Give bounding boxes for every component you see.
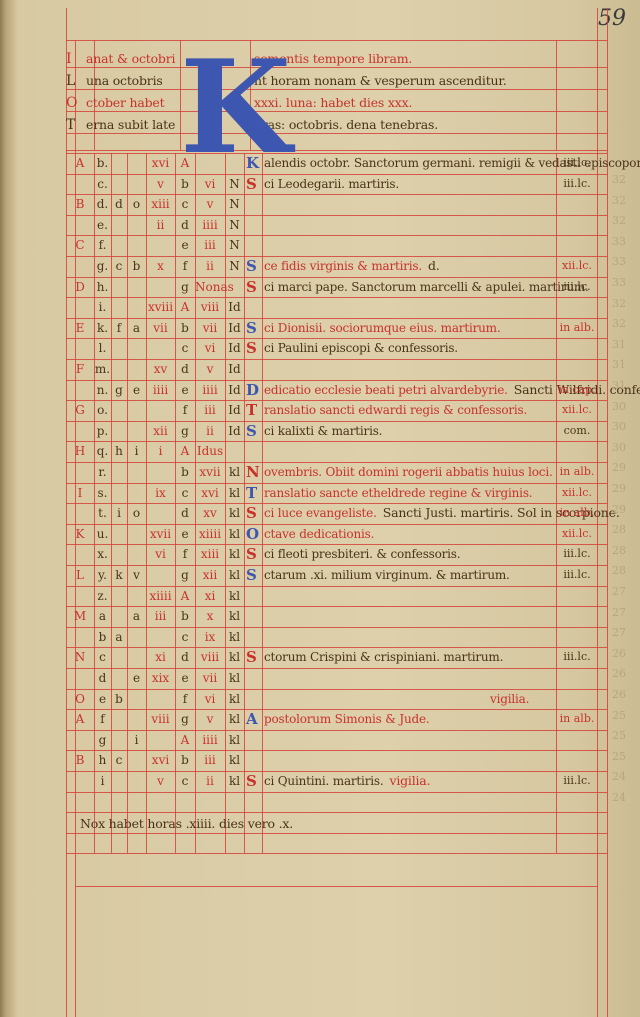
calendar-cell-c6: c [175,774,195,788]
calendar-cell-c5: xiiii [146,589,175,603]
calendar-cell-c7: iiii [195,383,225,397]
rubric-initial: S [246,773,257,789]
calendar-cell-c1: G [66,403,94,417]
showthrough-number: 31 [612,338,626,351]
manuscript-page: 59 Ianat & octobriLuna octobrisOctober h… [0,0,640,1017]
calendar-cell-c8: kl [225,712,244,726]
calendar-cell-c5: x [146,259,175,273]
calendar-cell-c8: kl [225,527,244,541]
showthrough-number: 29 [612,503,626,516]
calendar-cell-c8: kl [225,692,244,706]
ruling-line [66,338,607,339]
feast-entry: ci Dionisii. sociorumque eius. martirum. [264,321,500,335]
ruling-line [66,215,607,216]
calendar-cell-c8: Id [225,424,244,438]
calendar-cell-c1: A [66,156,94,170]
calendar-cell-c6: c [175,197,195,211]
office-grade: com. [557,424,597,438]
ruling-line [66,627,607,628]
calendar-cell-c4: o [127,506,146,520]
calendar-cell-c6: e [175,527,195,541]
ruling-line [556,40,557,150]
ruling-line [66,503,607,504]
ruling-line [66,730,607,731]
calendar-cell-c6: A [175,733,195,747]
calendar-cell-c5: ii [146,218,175,232]
calendar-cell-c2: o. [94,403,111,417]
ruling-line [94,153,95,853]
calendar-cell-c8: kl [225,753,244,767]
ruling-line [225,153,226,853]
calendar-cell-c8: kl [225,650,244,664]
calendar-cell-c3: h [111,444,127,458]
calendar-cell-c8: N [225,218,244,232]
heading-verse-left: anat & octobri [86,52,175,66]
calendar-cell-c5: iiii [146,383,175,397]
calendar-cell-c5: vi [146,547,175,561]
calendar-cell-c1: A [66,712,94,726]
office-grade: in alb. [557,465,597,479]
ruling-line [66,133,607,134]
feast-entry: ci Quintini. martiris.vigilia. [264,774,430,788]
calendar-cell-c7: xvii [195,465,225,479]
folio-number: 59 [598,6,626,31]
ruling-line [66,565,607,566]
calendar-cell-c7: xiiii [195,527,225,541]
calendar-cell-c2: l. [94,341,111,355]
calendar-cell-c8: kl [225,486,244,500]
calendar-cell-c5: ix [146,486,175,500]
feast-entry: ci Leodegarii. martiris. [264,177,399,191]
calendar-cell-c6: d [175,362,195,376]
showthrough-number: 31 [612,379,626,392]
ruling-line [66,586,607,587]
calendar-cell-c7: ii [195,259,225,273]
calendar-cell-c8: Id [225,403,244,417]
ruling-line [66,462,607,463]
rubric-initial: S [246,505,257,521]
calendar-cell-c1: F [66,362,94,376]
calendar-cell-c8: kl [225,671,244,685]
calendar-cell-c8: kl [225,630,244,644]
calendar-cell-c8: kl [225,465,244,479]
calendar-cell-c6: c [175,341,195,355]
calendar-cell-c4: i [127,733,146,747]
rubric-initial: T [246,402,257,418]
calendar-cell-c3: c [111,753,127,767]
calendar-cell-c6: d [175,650,195,664]
calendar-cell-c3: g [111,383,127,397]
showthrough-number: 28 [612,564,626,577]
calendar-cell-c7: xvi [195,486,225,500]
rubric-initial: A [246,711,258,727]
showthrough-number: 33 [612,255,626,268]
office-grade: xii.lc. [557,486,597,500]
calendar-cell-c3: f [111,321,127,335]
calendar-cell-c2: g. [94,259,111,273]
showthrough-number: 27 [612,585,626,598]
calendar-cell-c6: d [175,218,195,232]
calendar-cell-c6: e [175,383,195,397]
calendar-cell-c2: f [94,712,111,726]
calendar-cell-c2: e. [94,218,111,232]
calendar-cell-c8: Id [225,321,244,335]
calendar-cell-c2: m. [94,362,111,376]
calendar-cell-c7: v [195,197,225,211]
ruling-line [66,297,607,298]
office-grade: iii.lc. [557,280,597,294]
showthrough-number: 25 [612,709,626,722]
calendar-cell-c2: p. [94,424,111,438]
calendar-cell-c5: v [146,774,175,788]
office-grade: in alb. [557,506,597,520]
calendar-cell-c8: N [225,238,244,252]
calendar-cell-c2: t. [94,506,111,520]
ruling-line [66,67,607,68]
showthrough-number: 29 [612,482,626,495]
ruling-line [66,771,607,772]
calendar-cell-c3: k [111,568,127,582]
calendar-cell-c8: kl [225,733,244,747]
feast-extra: d. [428,258,440,273]
calendar-cell-c7: xiii [195,547,225,561]
showthrough-number: 30 [612,420,626,433]
calendar-cell-c6: A [175,589,195,603]
calendar-cell-c7: iii [195,403,225,417]
ruling-line [66,235,607,236]
calendar-cell-c6: b [175,465,195,479]
rubric-initial: S [246,258,257,274]
ruling-line [66,256,607,257]
calendar-cell-c2: h [94,753,111,767]
calendar-cell-c2: k. [94,321,111,335]
calendar-cell-c1: L [66,568,94,582]
rubric-initial: N [246,464,260,480]
calendar-cell-c1: D [66,280,94,294]
calendar-cell-c8: N [225,177,244,191]
ruling-line [66,111,607,112]
ruling-line [66,853,607,854]
calendar-cell-c7: iiii [195,218,225,232]
calendar-cell-c7: xii [195,568,225,582]
ruling-line [66,400,607,401]
calendar-cell-c5: iii [146,609,175,623]
showthrough-number: 28 [612,523,626,536]
calendar-cell-c6: b [175,177,195,191]
feast-entry: ovembris. Obiit domini rogerii abbatis h… [264,465,553,479]
calendar-cell-c7: viii [195,650,225,664]
calendar-cell-c8: N [225,197,244,211]
calendar-cell-c6: g [175,424,195,438]
calendar-cell-c1: E [66,321,94,335]
calendar-cell-c2: b. [94,156,111,170]
feast-entry: ci kalixti & martiris. [264,424,382,438]
rubric-initial: S [246,176,257,192]
showthrough-number: 32 [612,194,626,207]
calendar-cell-c6: c [175,486,195,500]
office-grade: xii.lc. [557,403,597,417]
calendar-cell-c7: iiii [195,733,225,747]
calendar-cell-c1: B [66,753,94,767]
ruling-line [195,153,196,853]
heading-verse-left: ctober habet [86,96,164,110]
ruling-line [66,792,607,793]
showthrough-number: 25 [612,729,626,742]
rubric-initial: S [246,649,257,665]
calendar-cell-c1: M [66,609,94,623]
heading-initial: T [66,118,75,132]
calendar-cell-c5: i [146,444,175,458]
footer-line: Nox habet horas .xiiii. dies vero .x. [80,817,293,831]
heading-verse-left: erna subit late [86,118,175,132]
calendar-cell-c6: f [175,547,195,561]
office-grade: iii.lc. [557,568,597,582]
ruling-line [66,524,607,525]
heading-initial: L [66,74,75,88]
showthrough-number: 24 [612,791,626,804]
calendar-cell-c2: c. [94,177,111,191]
calendar-cell-c6: d [175,506,195,520]
calendar-cell-c6: g [175,568,195,582]
calendar-cell-c5: xi [146,650,175,664]
rubric-initial: D [246,382,259,398]
calendar-cell-c3: b [111,692,127,706]
feast-entry: ci Paulini episcopi & confessoris. [264,341,458,355]
ruling-line [66,174,607,175]
office-grade: iii.lc. [557,547,597,561]
calendar-cell-c7: vii [195,321,225,335]
showthrough-number: 24 [612,770,626,783]
calendar-cell-c7: vi [195,692,225,706]
ruling-line [66,544,607,545]
calendar-cell-c7: Nonas [195,280,225,294]
calendar-cell-c1: K [66,527,94,541]
ruling-line [556,153,557,853]
ruling-line [66,812,607,813]
showthrough-number: 31 [612,358,626,371]
calendar-cell-c1: H [66,444,94,458]
calendar-cell-c4: a [127,609,146,623]
calendar-cell-c2: a [94,609,111,623]
feast-entry: ranslatio sancte etheldrede regine & vir… [264,486,532,500]
calendar-cell-c2: d [94,671,111,685]
calendar-cell-c2: z. [94,589,111,603]
calendar-cell-c4: o [127,197,146,211]
showthrough-number: 33 [612,276,626,289]
calendar-cell-c4: e [127,383,146,397]
rubric-initial: S [246,279,257,295]
rubric-initial: S [246,546,257,562]
calendar-cell-c4: b [127,259,146,273]
calendar-cell-c7: x [195,609,225,623]
ruling-line [146,153,147,853]
calendar-cell-c3: d [111,197,127,211]
calendar-cell-c7: iii [195,238,225,252]
calendar-cell-c2: n. [94,383,111,397]
feast-entry: ctarum .xi. milium virginum. & martirum. [264,568,510,582]
calendar-cell-c7: v [195,712,225,726]
ruling-line [66,668,607,669]
calendar-cell-c2: s. [94,486,111,500]
calendar-cell-c8: kl [225,547,244,561]
calendar-cell-c1: I [66,486,94,500]
calendar-cell-c8: kl [225,506,244,520]
ruling-line [66,194,607,195]
calendar-cell-c3: a [111,630,127,644]
heading-initial: I [66,52,71,66]
feast-entry: ranslatio sancti edwardi regis & confess… [264,403,527,417]
feast-entry: ci fleoti presbiteri. & confessoris. [264,547,460,561]
calendar-cell-c6: b [175,609,195,623]
calendar-cell-c4: e [127,671,146,685]
feast-entry: ci marci pape. Sanctorum marcelli & apul… [264,280,589,294]
calendar-cell-c5: viii [146,712,175,726]
calendar-cell-c3: i [111,506,127,520]
calendar-cell-c8: Id [225,341,244,355]
calendar-cell-c7: xv [195,506,225,520]
calendar-cell-c2: b [94,630,111,644]
calendar-cell-c6: f [175,692,195,706]
calendar-cell-c1: O [66,692,94,706]
calendar-cell-c7: viii [195,300,225,314]
rubric-initial: T [246,485,257,501]
kl-initial: K [180,48,266,168]
calendar-cell-c7: Idus [195,444,225,458]
ruling-line [66,833,607,834]
ruling-line [111,153,112,853]
calendar-cell-c7: vi [195,177,225,191]
showthrough-number: 29 [612,461,626,474]
calendar-cell-c7: iii [195,753,225,767]
calendar-cell-c5: xvi [146,753,175,767]
feast-entry: ctorum Crispini & crispiniani. martirum. [264,650,503,664]
calendar-cell-c5: xv [146,362,175,376]
heading-verse-right: nt horam nonam & vesperum ascenditur. [254,74,507,88]
calendar-cell-c6: b [175,753,195,767]
ruling-line [66,750,607,751]
office-grade: iii.lc. [557,650,597,664]
showthrough-number: 25 [612,750,626,763]
calendar-cell-c6: b [175,321,195,335]
calendar-cell-c8: Id [225,383,244,397]
calendar-cell-c8: N [225,259,244,273]
calendar-cell-c8: kl [225,589,244,603]
calendar-cell-c6: e [175,671,195,685]
ruling-line [66,318,607,319]
calendar-cell-c4: v [127,568,146,582]
calendar-cell-c4: a [127,321,146,335]
calendar-cell-c2: f. [94,238,111,252]
calendar-cell-c2: r. [94,465,111,479]
showthrough-number: 30 [612,400,626,413]
rubric-initial: K [246,155,259,171]
office-grade: xii.lc. [557,527,597,541]
showthrough-number: 28 [612,544,626,557]
ruling-line [66,359,607,360]
office-grade: iii.lc. [557,177,597,191]
ruling-line [75,886,598,887]
calendar-cell-c7: ii [195,774,225,788]
ruling-line [66,421,607,422]
showthrough-number: 32 [612,297,626,310]
office-grade: in alb. [557,712,597,726]
showthrough-number: 27 [612,626,626,639]
calendar-cell-c5: xiii [146,197,175,211]
calendar-cell-c5: xviii [146,300,175,314]
office-grade: in cap. [557,383,597,397]
calendar-cell-c2: x. [94,547,111,561]
calendar-cell-c5: xvii [146,527,175,541]
showthrough-number: 33 [612,235,626,248]
feast-entry: postolorum Simonis & Jude. [264,712,429,726]
calendar-cell-c6: A [175,300,195,314]
calendar-cell-c5: vii [146,321,175,335]
office-grade: iii.lc. [557,156,597,170]
showthrough-number: 26 [612,647,626,660]
showthrough-number: 32 [612,173,626,186]
ruling-line [244,153,245,853]
calendar-cell-c8: Id [225,300,244,314]
calendar-cell-c6: A [175,444,195,458]
calendar-cell-c1: N [66,650,94,664]
calendar-cell-c5: xvi [146,156,175,170]
calendar-cell-c6: f [175,403,195,417]
calendar-cell-c2: g [94,733,111,747]
ruling-line [66,277,607,278]
rubric-initial: S [246,423,257,439]
ruling-line [66,380,607,381]
calendar-cell-c6: f [175,259,195,273]
ruling-line [262,153,263,853]
calendar-cell-c7: ii [195,424,225,438]
ruling-line [66,40,607,41]
calendar-cell-c8: Id [225,362,244,376]
ruling-line [175,153,176,853]
feast-extra: vigilia. [389,773,430,788]
rubric-initial: S [246,320,257,336]
calendar-cell-c3: c [111,259,127,273]
office-grade: in alb. [557,321,597,335]
calendar-cell-c8: kl [225,774,244,788]
rubric-initial: S [246,340,257,356]
calendar-cell-c5: xix [146,671,175,685]
showthrough-number: 26 [612,667,626,680]
ruling-line [66,441,607,442]
showthrough-number: 27 [612,606,626,619]
calendar-cell-c8: kl [225,609,244,623]
feast-entry: ce fidis virginis & martiris.d. [264,259,440,273]
feast-entry: ctave dedicationis. [264,527,374,541]
calendar-cell-c5: xii [146,424,175,438]
heading-initial: O [66,96,77,110]
rubric-initial: S [246,567,257,583]
calendar-cell-c6: c [175,630,195,644]
showthrough-number: 26 [612,688,626,701]
calendar-cell-c7: ix [195,630,225,644]
calendar-cell-c6: g [175,280,195,294]
calendar-cell-c2: d. [94,197,111,211]
ruling-line [66,606,607,607]
calendar-cell-c6: e [175,238,195,252]
calendar-cell-c7: xi [195,589,225,603]
ruling-line [66,153,607,154]
ruling-line [127,153,128,853]
calendar-cell-c2: q. [94,444,111,458]
office-grade: iii.lc. [557,774,597,788]
calendar-cell-c2: u. [94,527,111,541]
calendar-cell-c5: v [146,177,175,191]
calendar-cell-c6: A [175,156,195,170]
